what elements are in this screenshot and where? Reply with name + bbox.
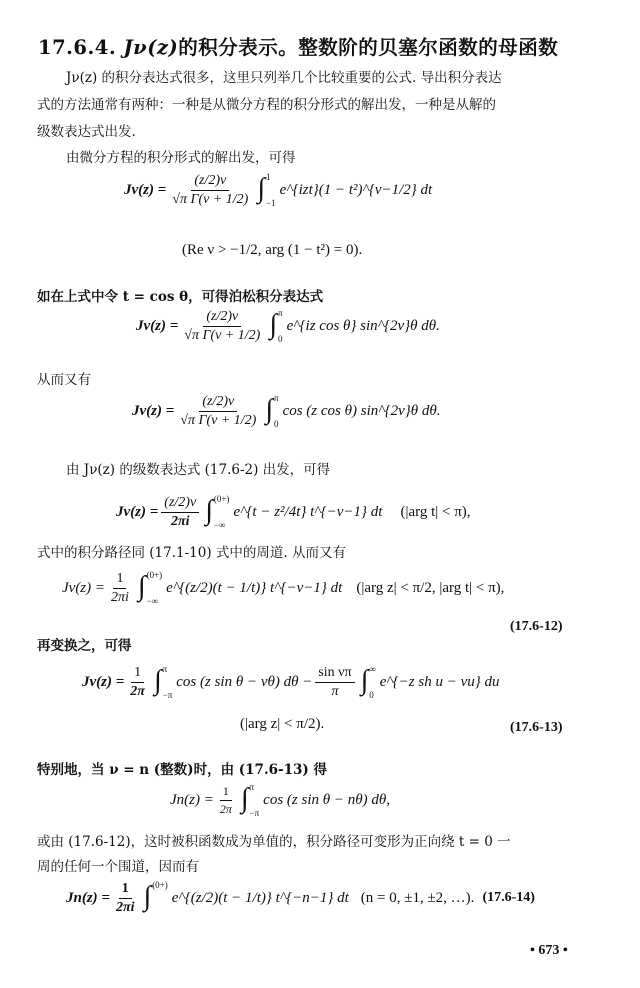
paragraph-1-line-2: 式的方法通常有两种：一种是从微分方程的积分形式的解出发，一种是从解的 <box>37 95 496 115</box>
section-title: 的积分表示。整数阶的贝塞尔函数的母函数 <box>178 36 558 59</box>
equation-6-condition: (|arg z| < π/2). <box>240 716 324 733</box>
section-heading: 17.6.4. Jν(z)的积分表示。整数阶的贝塞尔函数的母函数 <box>38 32 558 60</box>
equation-2: Jν(z) = (z/2)ν√π Γ(ν + 1/2) ∫ π0 e^{iz c… <box>136 308 440 344</box>
paragraph-9-line-2: 周的任何一个围道，因而有 <box>37 857 199 877</box>
section-function: Jν(z) <box>123 36 178 59</box>
paragraph-2: 由微分方程的积分形式的解出发，可得 <box>66 148 296 168</box>
paragraph-9-line-1: 或由 (17.6-12)，这时被积函数成为单值的，积分路径可变形为正向绕 t =… <box>37 832 511 852</box>
equation-5: Jν(z) = 12πi ∫ (0+)−∞ e^{(z/2)(t − 1/t)}… <box>62 570 504 606</box>
paragraph-1-line-1: Jν(z) 的积分表达式很多，这里只列举几个比较重要的公式. 导出积分表达 <box>66 68 502 88</box>
paragraph-3: 如在上式中令 t = cos θ，可得泊松积分表达式 <box>37 287 323 307</box>
equation-6: Jν(z) = 12π ∫ π−π cos (z sin θ − νθ) dθ … <box>82 664 500 700</box>
equation-3: Jν(z) = (z/2)ν√π Γ(ν + 1/2) ∫ π0 cos (z … <box>132 393 440 429</box>
equation-4: Jν(z) = (z/2)ν2πi ∫ (0+)−∞ e^{t − z²/4t}… <box>116 494 471 530</box>
equation-1: Jν(z) = (z/2)ν√π Γ(ν + 1/2) ∫ 1−1 e^{izt… <box>124 172 432 208</box>
document-page: 17.6.4. Jν(z)的积分表示。整数阶的贝塞尔函数的母函数 Jν(z) 的… <box>0 0 640 988</box>
equation-number-17-6-14: (17.6-14) <box>482 890 535 906</box>
page-number: • 673 • <box>530 943 568 959</box>
paragraph-1-line-3: 级数表达式出发. <box>37 122 136 142</box>
paragraph-8: 特别地，当 ν = n (整数)时，由 (17.6-13) 得 <box>37 760 327 780</box>
paragraph-4: 从而又有 <box>37 370 91 390</box>
paragraph-6: 式中的积分路径同 (17.1-10) 式中的周道. 从而又有 <box>37 543 346 563</box>
equation-number-17-6-12: (17.6-12) <box>510 619 563 635</box>
paragraph-7: 再变换之，可得 <box>37 636 132 656</box>
equation-8: Jn(z) = 12πi ∫ (0+) e^{(z/2)(t − 1/t)} t… <box>66 880 535 916</box>
paragraph-5: 由 Jν(z) 的级数表达式 (17.6-2) 出发，可得 <box>66 460 330 480</box>
section-number: 17.6.4. <box>38 36 116 59</box>
equation-number-17-6-13: (17.6-13) <box>510 720 563 736</box>
equation-7: Jn(z) = 12π ∫ π−π cos (z sin θ − nθ) dθ, <box>170 782 390 818</box>
equation-1-condition: (Re ν > −1/2, arg (1 − t²) = 0). <box>182 242 362 259</box>
